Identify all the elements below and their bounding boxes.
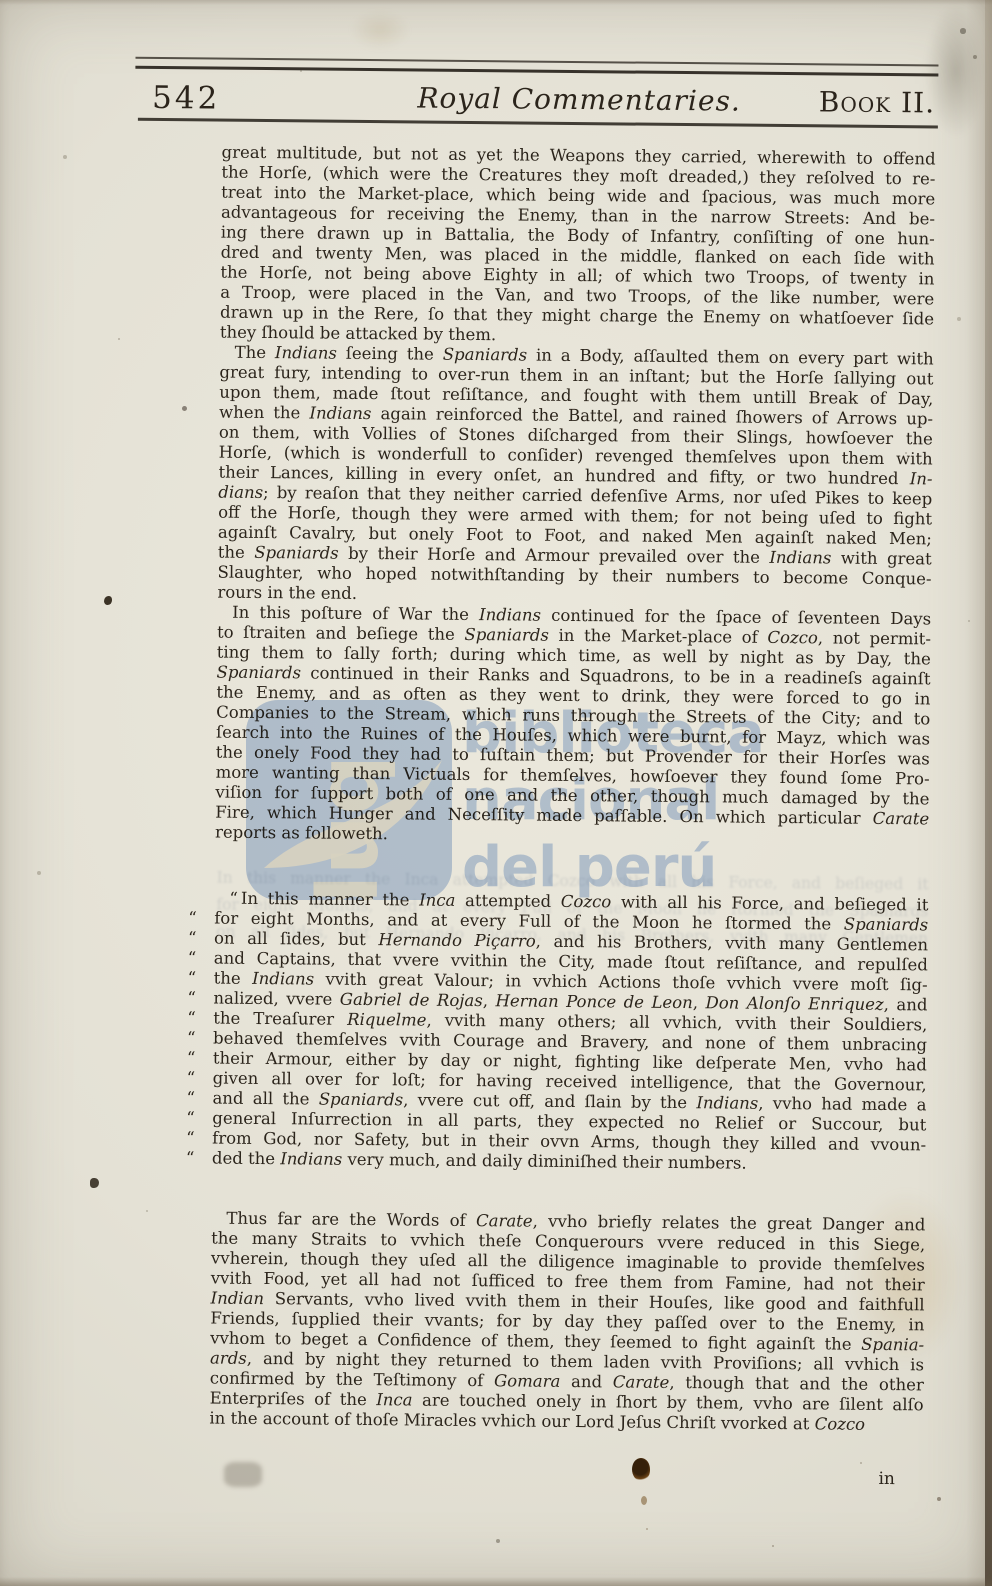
quote-mark: “ bbox=[186, 1128, 195, 1148]
paragraph: “In this manner the Inca attempted Cozco… bbox=[212, 889, 929, 1176]
letterpress-block: 542 Royal Commentaries. Book II. In this… bbox=[0, 0, 992, 1586]
quote-mark: “ bbox=[187, 1048, 196, 1068]
quote-mark: “ bbox=[186, 1148, 195, 1168]
paragraph: The Indians ſeeing the Spaniards in a Bo… bbox=[217, 343, 933, 610]
quote-mark: “ bbox=[188, 908, 197, 928]
stain bbox=[224, 1462, 262, 1487]
text-body: great multitude, but not as yet the Weap… bbox=[209, 143, 935, 1436]
quote-mark: “ bbox=[187, 1008, 196, 1028]
quote-mark: “ bbox=[188, 948, 197, 968]
paragraph: Thus far are the Words of Carate, vvho b… bbox=[209, 1209, 925, 1436]
page-edge bbox=[985, 0, 992, 1586]
header-rule-bottom bbox=[138, 118, 938, 129]
page-edge bbox=[0, 1577, 992, 1586]
header-rule-top-thick bbox=[135, 66, 938, 77]
catchword: in bbox=[878, 1469, 895, 1489]
quote-mark: “ bbox=[188, 968, 197, 988]
quote-mark: “ bbox=[188, 928, 197, 948]
ink-blot bbox=[632, 1458, 650, 1481]
quote-mark: “ bbox=[229, 889, 238, 908]
quote-mark: “ bbox=[186, 1088, 195, 1108]
quote-mark: “ bbox=[187, 1028, 196, 1048]
paragraph: In this poſture of War the Indians conti… bbox=[215, 603, 931, 850]
book-label: Book II. bbox=[819, 85, 936, 119]
page-edge bbox=[0, 0, 992, 5]
ink-drip bbox=[641, 1496, 647, 1505]
page-number: 542 bbox=[152, 80, 221, 117]
quote-mark: “ bbox=[187, 1068, 196, 1088]
paragraph: great multitude, but not as yet the Weap… bbox=[220, 143, 936, 350]
margin-mark bbox=[182, 406, 187, 411]
book-page-scan: 542 Royal Commentaries. Book II. In this… bbox=[0, 0, 992, 1586]
quote-mark: “ bbox=[186, 1108, 195, 1128]
quote-mark: “ bbox=[187, 988, 196, 1008]
header-rule-top-thin bbox=[135, 57, 938, 67]
